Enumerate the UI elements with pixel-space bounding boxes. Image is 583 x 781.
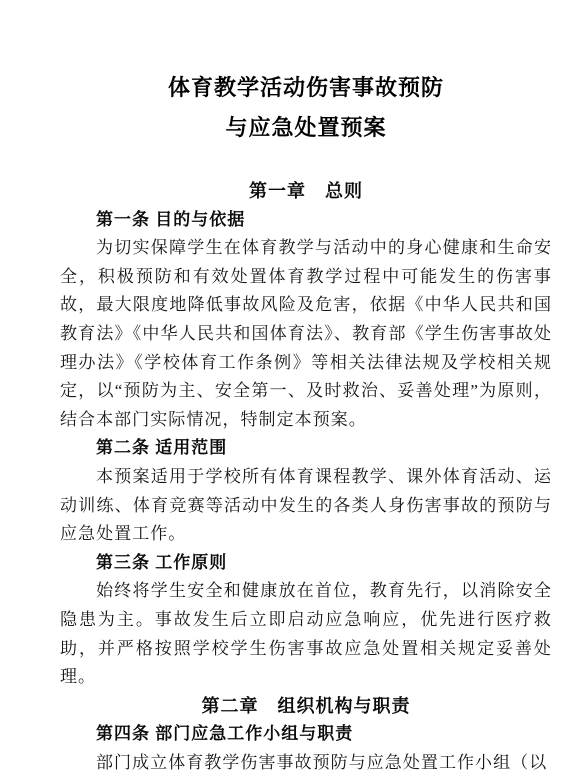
article-heading: 第四条 部门应急工作小组与职责	[60, 720, 552, 749]
body-paragraph: 本预案适用于学校所有体育课程教学、课外体育活动、运动训练、体育竞赛等活动中发生的…	[60, 463, 552, 549]
body-paragraph: 部门成立体育教学伤害事故预防与应急处置工作小组（以	[60, 749, 552, 778]
document-body: 第一章 总则第一条 目的与依据为切实保障学生在体育教学与活动中的身心健康和生命安…	[60, 177, 552, 777]
body-paragraph: 始终将学生安全和健康放在首位，教育先行，以消除安全隐患为主。事故发生后立即启动应…	[60, 577, 552, 691]
article-heading: 第一条 目的与依据	[60, 206, 552, 235]
document-title-line-2: 与应急处置预案	[225, 115, 386, 140]
body-paragraph: 为切实保障学生在体育教学与活动中的身心健康和生命安全，积极预防和有效处置体育教学…	[60, 234, 552, 434]
chapter-heading: 第一章 总则	[60, 177, 552, 206]
chapter-heading: 第二章 组织机构与职责	[60, 692, 552, 721]
document-title: 体育教学活动伤害事故预防 与应急处置预案	[60, 68, 552, 148]
document-page: 体育教学活动伤害事故预防 与应急处置预案 第一章 总则第一条 目的与依据为切实保…	[0, 0, 583, 781]
article-heading: 第三条 工作原则	[60, 549, 552, 578]
document-title-line-1: 体育教学活动伤害事故预防	[168, 75, 444, 100]
article-heading: 第二条 适用范围	[60, 434, 552, 463]
document-content: 体育教学活动伤害事故预防 与应急处置预案 第一章 总则第一条 目的与依据为切实保…	[60, 68, 552, 777]
